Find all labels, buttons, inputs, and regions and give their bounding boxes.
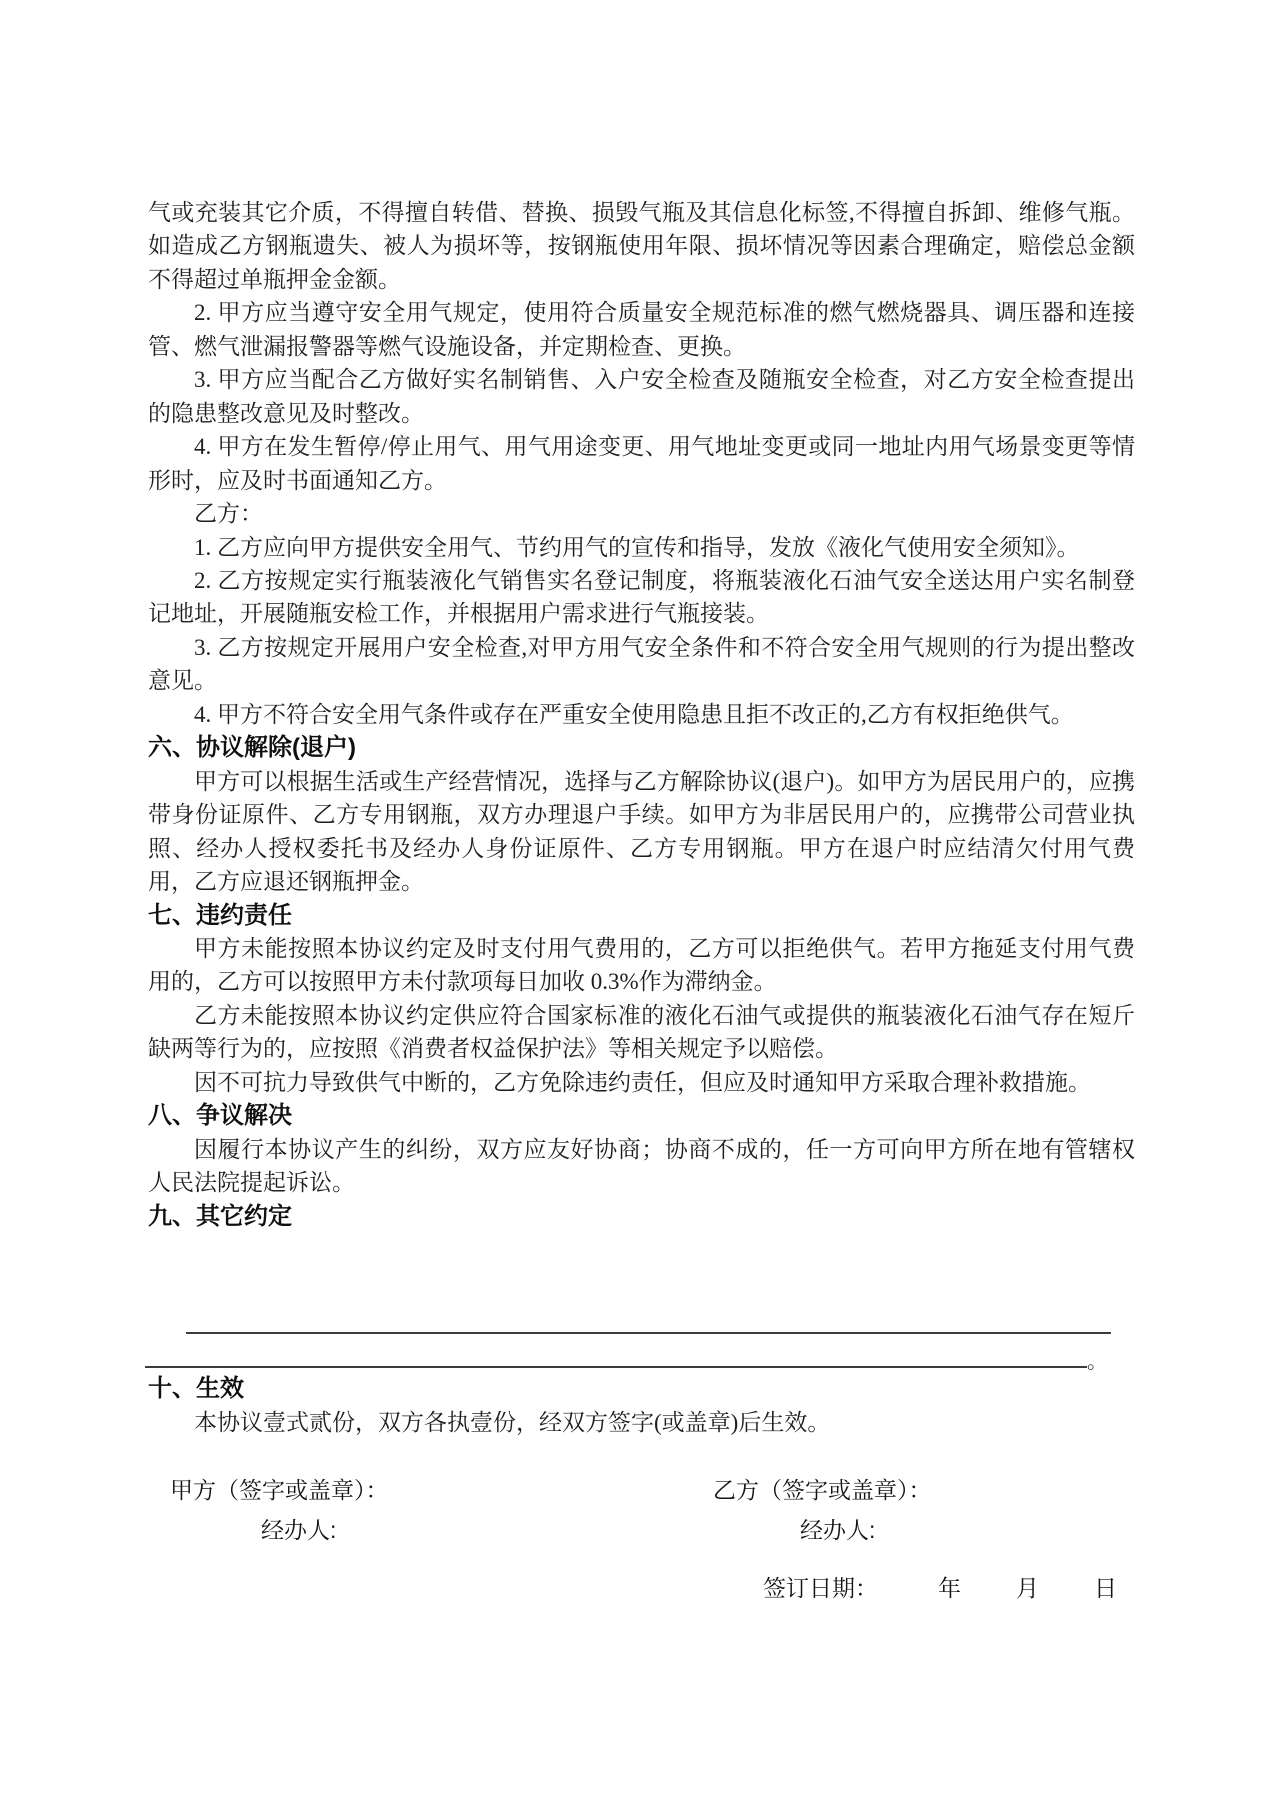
party-b-signature-label: 乙方（签字或盖章）： bbox=[713, 1473, 932, 1507]
section-7-paragraph-3: 因不可抗力导致供气中断的，乙方免除违约责任，但应及时通知甲方采取合理补救措施。 bbox=[148, 1066, 1135, 1099]
signature-row-parties: 甲方（签字或盖章）： 乙方（签字或盖章）： bbox=[148, 1473, 1135, 1507]
party-b-label: 乙方： bbox=[148, 497, 1135, 530]
sign-date-label: 签订日期： bbox=[763, 1571, 878, 1605]
clause-party-a-3: 3. 甲方应当配合乙方做好实名制销售、入户安全检查及随瓶安全检查，对乙方安全检查… bbox=[148, 363, 1135, 430]
section-heading-7: 七、违约责任 bbox=[148, 899, 1135, 932]
party-a-agent-label: 经办人: bbox=[261, 1513, 336, 1547]
clause-party-a-2: 2. 甲方应当遵守安全用气规定，使用符合质量安全规范标准的燃气燃烧器具、调压器和… bbox=[148, 296, 1135, 363]
year-label: 年 bbox=[938, 1571, 961, 1605]
party-a-signature-label: 甲方（签字或盖章）： bbox=[170, 1473, 389, 1507]
party-b-agent-label: 经办人: bbox=[800, 1513, 875, 1547]
clause-party-b-2: 2. 乙方按规定实行瓶装液化气销售实名登记制度，将瓶装液化石油气安全送达用户实名… bbox=[148, 564, 1135, 631]
clause-party-b-4: 4. 甲方不符合安全用气条件或存在严重安全使用隐患且拒不改正的,乙方有权拒绝供气… bbox=[148, 698, 1135, 731]
section-10-body: 本协议壹式贰份，双方各执壹份，经双方签字(或盖章)后生效。 bbox=[148, 1406, 1135, 1439]
section-7-paragraph-2: 乙方未能按照本协议约定供应符合国家标准的液化石油气或提供的瓶装液化石油气存在短斤… bbox=[148, 999, 1135, 1066]
section-heading-9: 九、其它约定 bbox=[148, 1200, 1135, 1233]
contract-page: 气或充装其它介质，不得擅自转借、替换、损毁气瓶及其信息化标签,不得擅自拆卸、维修… bbox=[0, 0, 1280, 1811]
clause-party-b-3: 3. 乙方按规定开展用户安全检查,对甲方用气安全条件和不符合安全用气规则的行为提… bbox=[148, 631, 1135, 698]
section-8-body: 因履行本协议产生的纠纷，双方应友好协商；协商不成的，任一方可向甲方所在地有管辖权… bbox=[148, 1133, 1135, 1200]
section-7-paragraph-1: 甲方未能按照本协议约定及时支付用气费用的，乙方可以拒绝供气。若甲方拖延支付用气费… bbox=[148, 932, 1135, 999]
clause-party-a-4: 4. 甲方在发生暂停/停止用气、用气用途变更、用气地址变更或同一地址内用气场景变… bbox=[148, 430, 1135, 497]
blank-fill-row: 。 bbox=[145, 1334, 1135, 1372]
section-heading-6: 六、协议解除(退户) bbox=[148, 731, 1135, 764]
fill-line-trailing-period: 。 bbox=[1087, 1352, 1107, 1372]
paragraph-continuation: 气或充装其它介质，不得擅自转借、替换、损毁气瓶及其信息化标签,不得擅自拆卸、维修… bbox=[148, 196, 1135, 296]
month-label: 月 bbox=[1016, 1571, 1039, 1605]
signature-row-date: 签订日期： 年 月 日 bbox=[148, 1571, 1135, 1605]
day-label: 日 bbox=[1094, 1571, 1117, 1605]
clause-party-b-1: 1. 乙方应向甲方提供安全用气、节约用气的宣传和指导，发放《液化气使用安全须知》… bbox=[148, 531, 1135, 564]
blank-fill-line-2[interactable] bbox=[145, 1366, 1087, 1368]
section-heading-8: 八、争议解决 bbox=[148, 1099, 1135, 1132]
signature-row-agents: 经办人: 经办人: bbox=[148, 1513, 1135, 1547]
section-heading-10: 十、生效 bbox=[148, 1372, 1135, 1405]
section-6-body: 甲方可以根据生活或生产经营情况，选择与乙方解除协议(退户)。如甲方为居民用户的，… bbox=[148, 765, 1135, 899]
